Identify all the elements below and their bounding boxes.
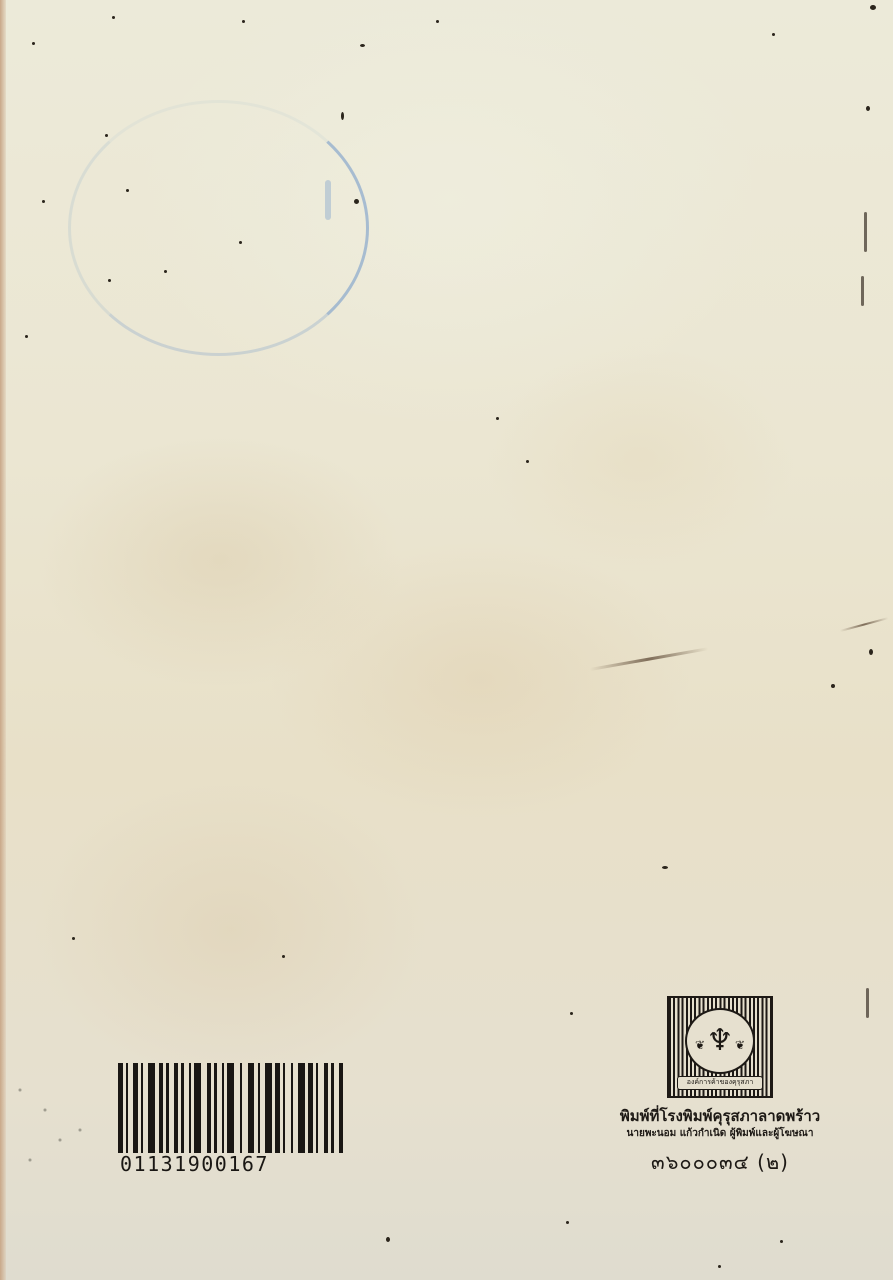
speck	[341, 112, 344, 120]
speck	[662, 866, 668, 869]
speck	[496, 417, 499, 420]
speck	[354, 199, 359, 204]
barcode-number: 01131900167	[118, 1153, 344, 1175]
barcode-bar	[275, 1063, 280, 1153]
speck	[42, 200, 45, 203]
speck	[360, 44, 365, 47]
barcode: 01131900167	[118, 1063, 344, 1175]
emblem-circle: ❦ ♆ ❦	[685, 1008, 755, 1074]
speck	[25, 335, 28, 338]
speck	[526, 460, 529, 463]
barcode-bar	[324, 1063, 329, 1153]
speck	[566, 1221, 569, 1224]
speck	[164, 270, 167, 273]
barcode-bar	[174, 1063, 179, 1153]
barcode-bar	[126, 1063, 128, 1153]
printer-name: พิมพ์ที่โรงพิมพ์คุรุสภาลาดพร้าว	[600, 1106, 840, 1126]
barcode-bar	[159, 1063, 164, 1153]
barcode-bar	[265, 1063, 272, 1153]
speck	[386, 1237, 390, 1242]
printer-imprint: ❦ ♆ ❦ องค์การค้าของคุรุสภา พิมพ์ที่โรงพิ…	[600, 996, 840, 1174]
flame-icon: ❦	[735, 1038, 745, 1052]
faded-stamp	[68, 100, 369, 356]
flame-icon: ❦	[695, 1038, 705, 1052]
barcode-bar	[207, 1063, 212, 1153]
barcode-bar	[214, 1063, 216, 1153]
barcode-bar	[283, 1063, 285, 1153]
speck	[869, 649, 873, 655]
speck	[866, 106, 870, 111]
speck	[239, 241, 242, 244]
speck	[72, 937, 75, 940]
speck	[772, 33, 775, 36]
speck	[126, 189, 129, 192]
barcode-bar	[308, 1063, 313, 1153]
barcode-bar	[118, 1063, 123, 1153]
kurusapha-emblem-icon: ❦ ♆ ❦ องค์การค้าของคุรุสภา	[667, 996, 773, 1098]
speck	[780, 1240, 783, 1243]
barcode-bar	[258, 1063, 260, 1153]
edge-mark	[866, 988, 869, 1018]
barcode-bar	[133, 1063, 138, 1153]
barcode-bar	[194, 1063, 201, 1153]
barcode-bar	[298, 1063, 305, 1153]
barcode-bar	[331, 1063, 333, 1153]
catalog-number: ๓๖๐๐๐๓๔ (๒)	[600, 1150, 840, 1174]
barcode-bar	[316, 1063, 318, 1153]
speck	[831, 684, 835, 688]
barcode-icon	[118, 1063, 344, 1153]
barcode-bar	[181, 1063, 183, 1153]
scratch	[840, 617, 889, 632]
speck	[870, 5, 876, 10]
edge-mark	[861, 276, 864, 306]
barcode-bar	[240, 1063, 242, 1153]
deity-figure-icon: ♆	[707, 1026, 734, 1056]
barcode-bar	[222, 1063, 224, 1153]
speck	[570, 1012, 573, 1015]
emblem-banner: องค์การค้าของคุรุสภา	[677, 1076, 763, 1090]
barcode-bar	[141, 1063, 143, 1153]
edge-mark	[864, 212, 867, 252]
barcode-bar	[339, 1063, 344, 1153]
printer-publisher-line: นายพะนอม แก้วกำเนิด ผู้พิมพ์และผู้โฆษณา	[600, 1126, 840, 1142]
barcode-bar	[248, 1063, 255, 1153]
barcode-bar	[189, 1063, 191, 1153]
faded-stamp-mark	[325, 180, 331, 220]
speck	[105, 134, 108, 137]
speck	[112, 16, 115, 19]
speck	[32, 42, 35, 45]
speck	[718, 1265, 721, 1268]
scratch	[590, 647, 709, 671]
speck	[108, 279, 111, 282]
barcode-bar	[166, 1063, 168, 1153]
barcode-bar	[227, 1063, 234, 1153]
speck	[282, 955, 285, 958]
speck	[242, 20, 245, 23]
barcode-bar	[291, 1063, 293, 1153]
speck	[436, 20, 439, 23]
barcode-bar	[148, 1063, 155, 1153]
book-back-cover: 01131900167 ❦ ♆ ❦ องค์การค้าของคุรุสภา พ…	[0, 0, 893, 1280]
